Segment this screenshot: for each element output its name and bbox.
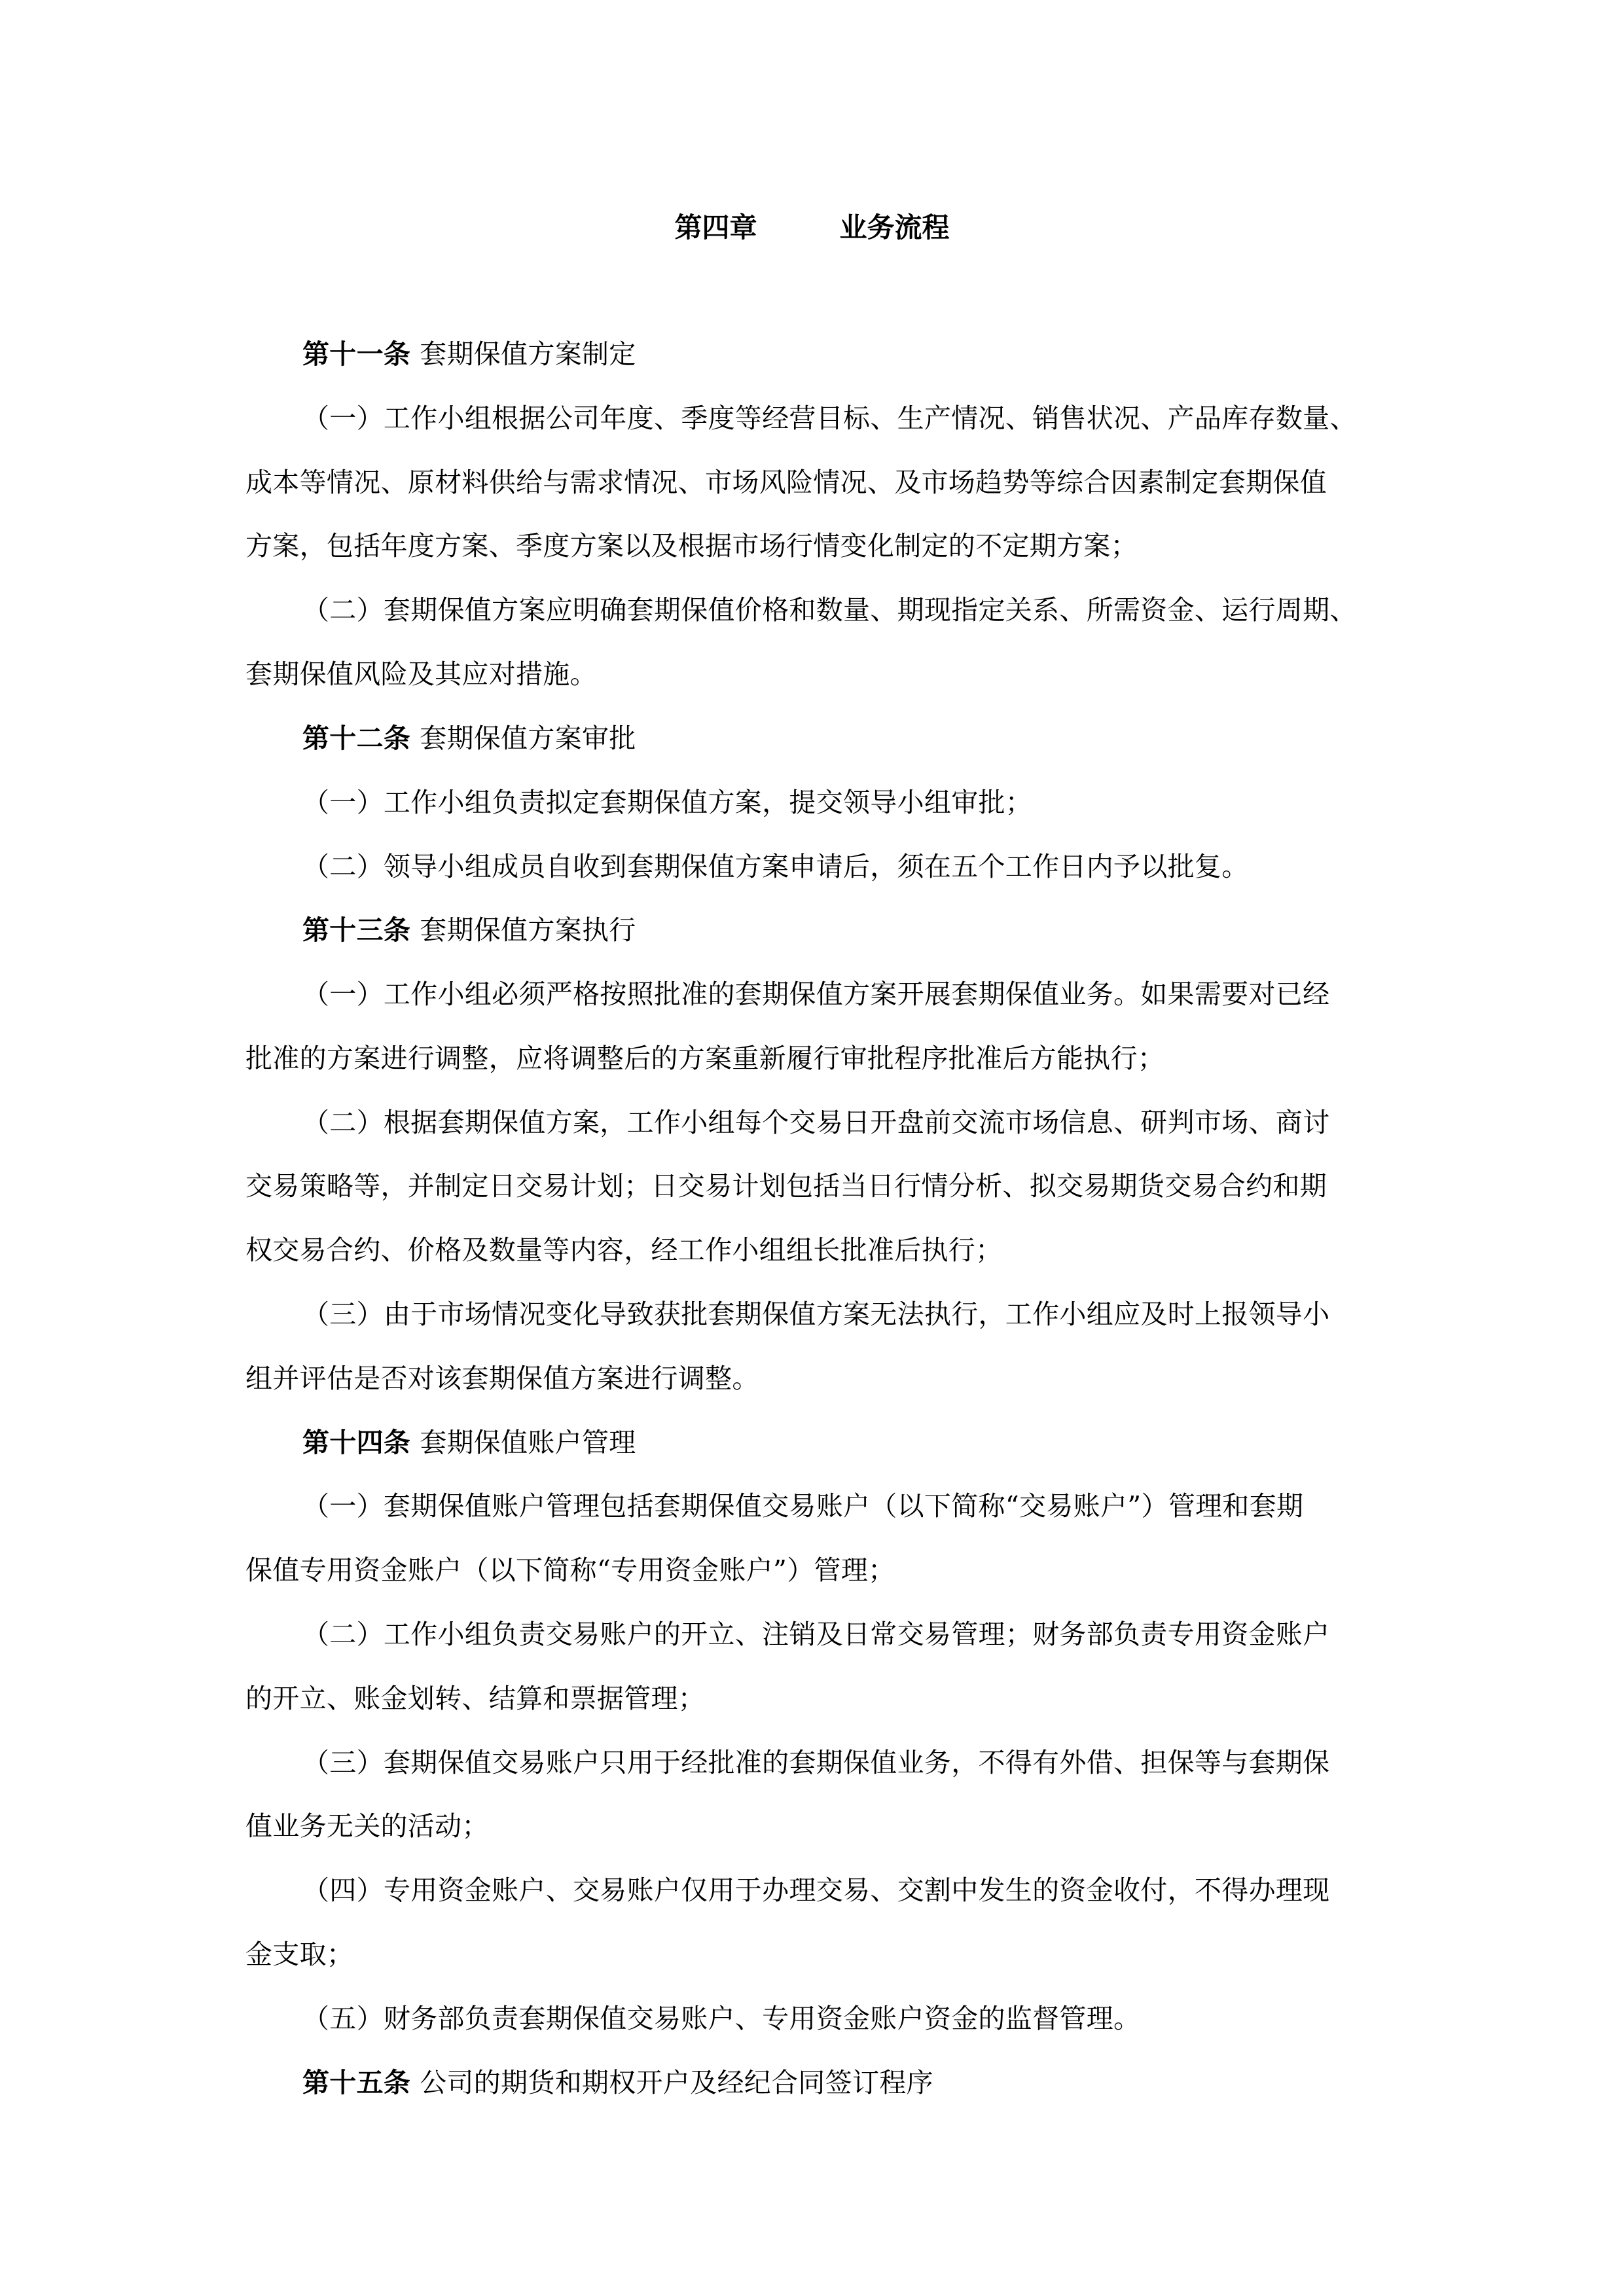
paragraph-line: 值业务无关的活动； [245, 1808, 489, 1844]
article-heading: 第十二条套期保值方案审批 [302, 720, 636, 757]
paragraph-line: （二）工作小组负责交易账户的开立、注销及日常交易管理；财务部负责专用资金账户 [302, 1616, 1329, 1653]
article-number: 第十五条 [302, 2067, 410, 2098]
article-number: 第十四条 [302, 1427, 410, 1458]
paragraph-line: （一）工作小组负责拟定套期保值方案，提交领导小组审批； [302, 784, 1032, 821]
article-number: 第十三条 [302, 914, 410, 946]
chapter-title: 业务流程 [840, 211, 950, 243]
paragraph-line: （五）财务部负责套期保值交易账户、专用资金账户资金的监督管理。 [302, 2000, 1140, 2037]
paragraph-line: （二）领导小组成员自收到套期保值方案申请后，须在五个工作日内予以批复。 [302, 848, 1249, 885]
article-title: 套期保值方案制定 [420, 338, 636, 370]
chapter-number: 第四章 [674, 211, 757, 243]
document-page: 第四章业务流程 第十一条套期保值方案制定 （一）工作小组根据公司年度、季度等经营… [0, 0, 1624, 2296]
article-title: 公司的期货和期权开户及经纪合同签订程序 [420, 2067, 933, 2098]
paragraph-line: 套期保值风险及其应对措施。 [245, 656, 597, 692]
article-number: 第十二条 [302, 723, 410, 754]
article-heading: 第十四条套期保值账户管理 [302, 1424, 636, 1461]
paragraph-line: （一）工作小组根据公司年度、季度等经营目标、生产情况、销售状况、产品库存数量、 [302, 400, 1357, 437]
paragraph-line: 交易策略等，并制定日交易计划；日交易计划包括当日行情分析、拟交易期货交易合约和期 [245, 1168, 1327, 1204]
article-heading: 第十三条套期保值方案执行 [302, 912, 636, 948]
paragraph-line: （二）根据套期保值方案，工作小组每个交易日开盘前交流市场信息、研判市场、商讨 [302, 1104, 1329, 1141]
paragraph-line: （一）套期保值账户管理包括套期保值交易账户（以下简称“交易账户”）管理和套期 [302, 1488, 1303, 1524]
paragraph-line: （四）专用资金账户、交易账户仅用于办理交易、交割中发生的资金收付，不得办理现 [302, 1872, 1329, 1909]
paragraph-line: 权交易合约、价格及数量等内容，经工作小组组长批准后执行； [245, 1232, 1002, 1268]
paragraph-line: （二）套期保值方案应明确套期保值价格和数量、期现指定关系、所需资金、运行周期、 [302, 592, 1357, 628]
article-title: 套期保值账户管理 [420, 1427, 636, 1458]
paragraph-line: 批准的方案进行调整，应将调整后的方案重新履行审批程序批准后方能执行； [245, 1040, 1164, 1077]
paragraph-line: 成本等情况、原材料供给与需求情况、市场风险情况、及市场趋势等综合因素制定套期保值 [245, 464, 1327, 501]
article-title: 套期保值方案审批 [420, 723, 636, 754]
paragraph-line: （一）工作小组必须严格按照批准的套期保值方案开展套期保值业务。如果需要对已经 [302, 976, 1329, 1013]
paragraph-line: 金支取； [245, 1936, 353, 1973]
chapter-heading: 第四章业务流程 [0, 208, 1624, 247]
paragraph-line: 组并评估是否对该套期保值方案进行调整。 [245, 1360, 759, 1397]
paragraph-line: （三）由于市场情况变化导致获批套期保值方案无法执行，工作小组应及时上报领导小 [302, 1296, 1329, 1333]
article-heading: 第十五条公司的期货和期权开户及经纪合同签订程序 [302, 2064, 933, 2101]
paragraph-line: 方案，包括年度方案、季度方案以及根据市场行情变化制定的不定期方案； [245, 528, 1138, 564]
paragraph-line: 保值专用资金账户（以下简称“专用资金账户”）管理； [245, 1552, 895, 1588]
article-heading: 第十一条套期保值方案制定 [302, 336, 636, 372]
article-number: 第十一条 [302, 338, 410, 370]
paragraph-line: （三）套期保值交易账户只用于经批准的套期保值业务，不得有外借、担保等与套期保 [302, 1744, 1329, 1781]
paragraph-line: 的开立、账金划转、结算和票据管理； [245, 1680, 705, 1717]
article-title: 套期保值方案执行 [420, 914, 636, 946]
